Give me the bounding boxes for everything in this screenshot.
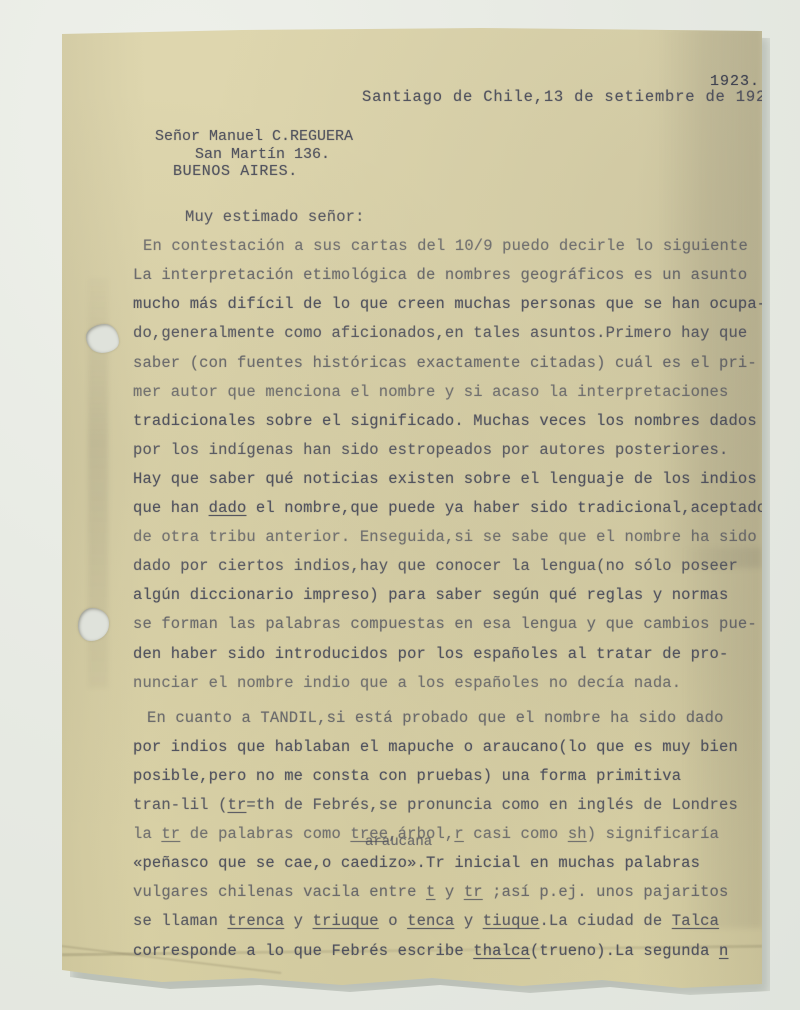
letter-line: den haber sido introducidos por los espa… (133, 645, 728, 663)
letter-text: den haber sido introducidos por los espa… (133, 645, 728, 663)
recipient-city: BUENOS AIRES. (155, 163, 353, 181)
dateline: Santiago de Chile,13 de setiembre de 192… (362, 88, 776, 106)
underlined-word: r (454, 825, 463, 843)
letter-line: se llaman trenca y triuque o tenca y tiu… (133, 912, 719, 930)
underlined-word: tr (161, 825, 180, 843)
letter-line: En contestación a sus cartas del 10/9 pu… (133, 237, 748, 255)
letter-line: mucho más difícil de lo que creen muchas… (133, 295, 766, 313)
typed-insertion: araucana (365, 834, 432, 850)
letter-text: de otra tribu anterior. Enseguida,si se … (133, 528, 757, 546)
letter-line: tran-lil (tr=th de Febrés,se pronuncia c… (133, 796, 738, 814)
letter-text: En contestación a sus cartas del 10/9 pu… (143, 237, 748, 255)
letter-text: el nombre,que puede ya haber sido tradic… (246, 499, 766, 517)
letter-text: En cuanto a TANDIL,si está probado que e… (147, 709, 724, 727)
underlined-word: trenca (228, 912, 285, 930)
underlined-word: triuque (313, 912, 379, 930)
underlined-word: tr (464, 883, 483, 901)
letter-line: dado por ciertos indios,hay que conocer … (133, 557, 738, 575)
letter-text: Muy estimado señor: (185, 208, 365, 226)
letter-text: «peñasco que se cae,o caedizo».Tr inicia… (133, 854, 700, 872)
letter-line: posible,pero no me consta con pruebas) u… (133, 767, 681, 785)
letter-line: vulgares chilenas vacila entre t y tr ;a… (133, 883, 728, 901)
letter-text: tran-lil ( (133, 796, 228, 814)
letter-text: mucho más difícil de lo que creen muchas… (133, 295, 766, 313)
letter-text: Hay que saber qué noticias existen sobre… (133, 470, 757, 488)
letter-line: de otra tribu anterior. Enseguida,si se … (133, 528, 757, 546)
letter-text: dado por ciertos indios,hay que conocer … (133, 557, 738, 575)
letter-text: vulgares chilenas vacila entre (133, 883, 426, 901)
letter-text: nunciar el nombre indio que a los españo… (133, 674, 681, 692)
underlined-word: thalca (473, 942, 530, 960)
recipient-name: Señor Manuel C.REGUERA (155, 128, 353, 146)
underlined-word: tenca (407, 912, 454, 930)
underlined-word: sh (568, 825, 587, 843)
letter-line: do,generalmente como aficionados,en tale… (133, 324, 747, 342)
letter-text: por indios que hablaban el mapuche o ara… (133, 738, 738, 756)
letter-text: corresponde a lo que Febrés escribe (133, 942, 473, 960)
underlined-word: n (719, 942, 728, 960)
letter-line: La interpretación etimológica de nombres… (133, 266, 747, 284)
letter-text: do,generalmente como aficionados,en tale… (133, 324, 747, 342)
letter-body: Muy estimado señor:En contestación a sus… (133, 208, 778, 968)
letter-text: por los indígenas han sido estropeados p… (133, 441, 728, 459)
letter-text: que han (133, 499, 209, 517)
letter-line: «peñasco que se cae,o caedizo».Tr inicia… (133, 854, 700, 872)
letter-text: algún diccionario impreso) para saber se… (133, 586, 728, 604)
letter-line: Hay que saber qué noticias existen sobre… (133, 470, 757, 488)
letter-text: saber (con fuentes históricas exactament… (133, 354, 757, 372)
letter-line: tradicionales sobre el significado. Much… (133, 412, 757, 430)
letter-page: 1923. Santiago de Chile,13 de setiembre … (62, 28, 762, 990)
scanned-letter: 1923. Santiago de Chile,13 de setiembre … (0, 0, 800, 1010)
letter-line: saber (con fuentes históricas exactament… (133, 354, 757, 372)
letter-line: mer autor que menciona el nombre y si ac… (133, 383, 728, 401)
letter-text: la (133, 825, 161, 843)
letter-line: que han dado el nombre,que puede ya habe… (133, 499, 766, 517)
letter-text: y (284, 912, 312, 930)
letter-text: ) significaría (587, 825, 719, 843)
recipient-street: San Martín 136. (155, 146, 353, 164)
letter-text: y (435, 883, 463, 901)
letter-line: por indios que hablaban el mapuche o ara… (133, 738, 738, 756)
letter-line: corresponde a lo que Febrés escribe thal… (133, 942, 728, 960)
letter-line: En cuanto a TANDIL,si está probado que e… (133, 709, 724, 727)
letter-text: (trueno).La segunda (530, 942, 719, 960)
paper-hole (86, 324, 119, 353)
letter-text: =th de Febrés,se pronuncia como en inglé… (246, 796, 737, 814)
letter-line: nunciar el nombre indio que a los españo… (133, 674, 681, 692)
letter-text: posible,pero no me consta con pruebas) u… (133, 767, 681, 785)
underlined-word: Talca (672, 912, 719, 930)
letter-text: mer autor que menciona el nombre y si ac… (133, 383, 728, 401)
letter-text: tradicionales sobre el significado. Much… (133, 412, 757, 430)
letter-text: casi como (464, 825, 568, 843)
letter-text: La interpretación etimológica de nombres… (133, 266, 747, 284)
letter-text: ;así p.ej. unos pajaritos (483, 883, 729, 901)
letter-line: se forman las palabras compuestas en esa… (133, 615, 757, 633)
letter-text: y (454, 912, 482, 930)
underlined-word: dado (209, 499, 247, 517)
letter-text: se forman las palabras compuestas en esa… (133, 615, 757, 633)
letter-line: algún diccionario impreso) para saber se… (133, 586, 728, 604)
letter-text: o (379, 912, 407, 930)
letter-text: de palabras como (180, 825, 350, 843)
underlined-word: tr (228, 796, 247, 814)
letter-text: .La ciudad de (539, 912, 671, 930)
letter-text: se llaman (133, 912, 228, 930)
letter-line: Muy estimado señor: (133, 208, 365, 226)
letter-line: por los indígenas han sido estropeados p… (133, 441, 728, 459)
recipient-block: Señor Manuel C.REGUERA San Martín 136. B… (155, 128, 353, 181)
underlined-word: tiuque (483, 912, 540, 930)
